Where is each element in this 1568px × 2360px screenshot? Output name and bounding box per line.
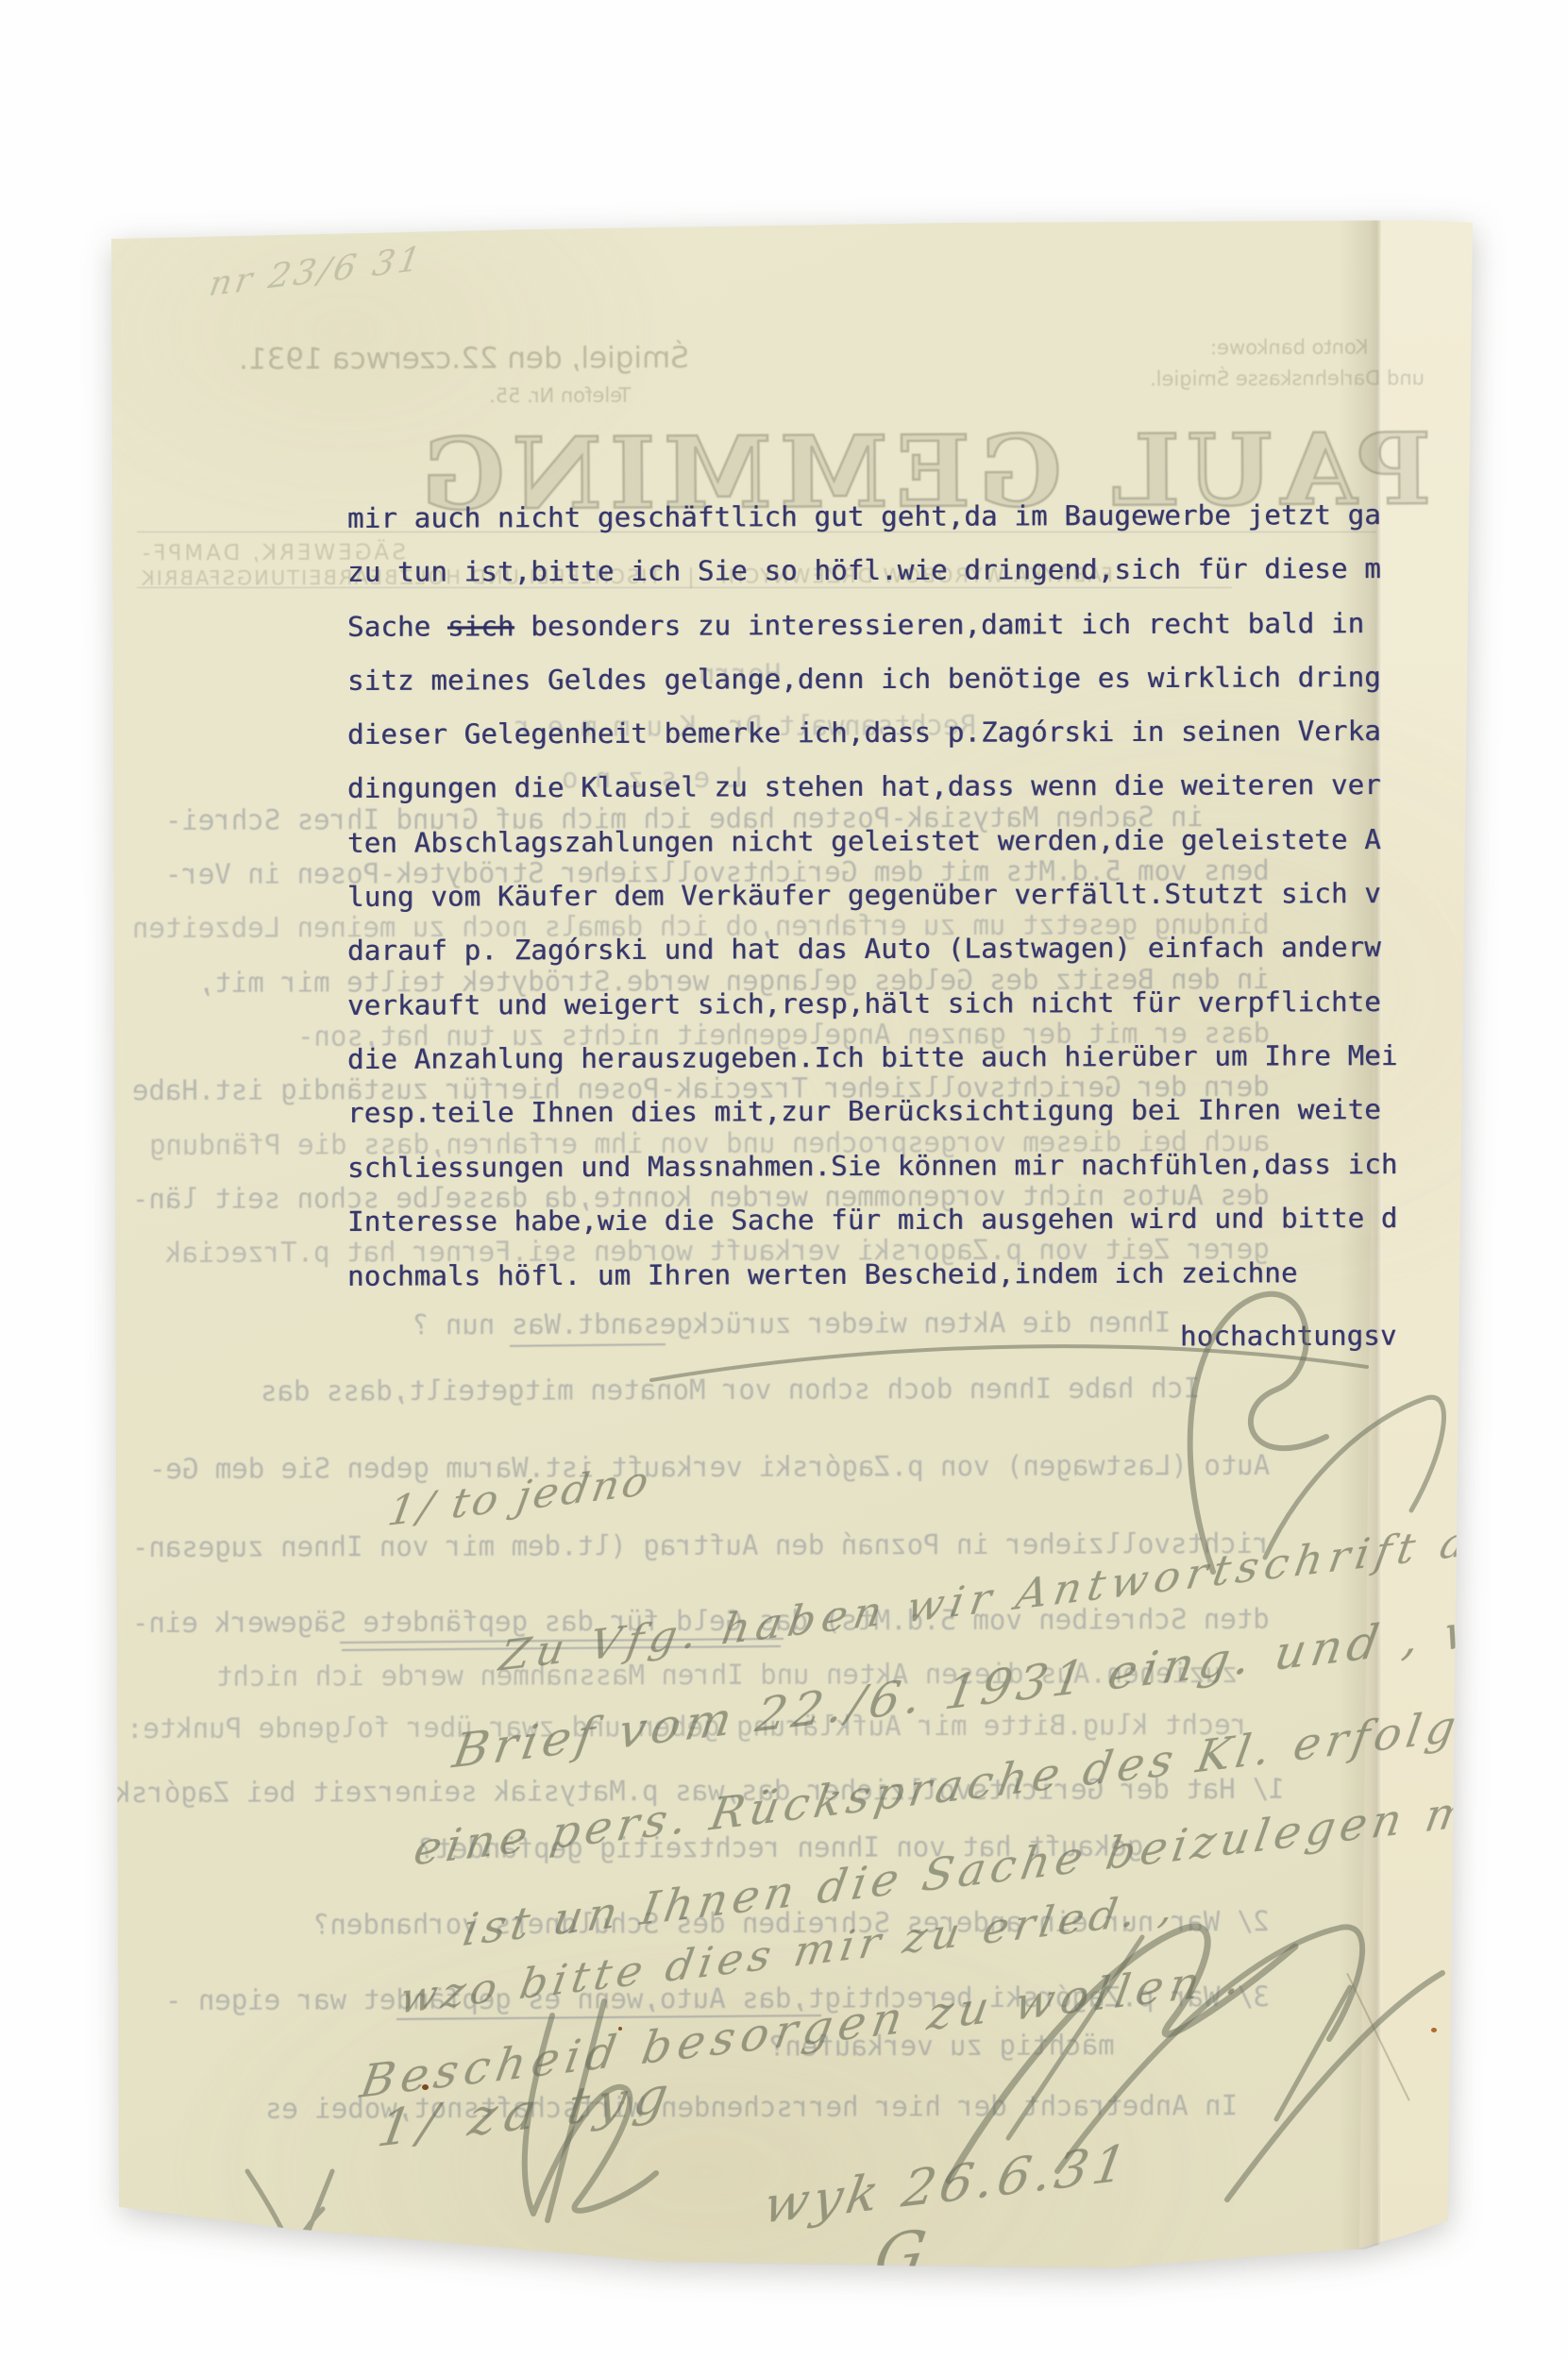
ghost-line: Ich habe Ihnen doch schon vor Monaten mi… [261,1372,1200,1407]
paper-clip-region: Śmigiel, den 22.czerwca 1931. Telefon Nr… [0,0,1568,2360]
typed-line-3-post: besonders zu interessieren,damit ich rec… [514,607,1365,642]
ghost-bank-line-1: Konto bankowe: [1210,336,1369,360]
typed-line: dingungen die Klausel zu stehen hat,dass… [347,768,1381,804]
typed-line: verkauft und weigert sich,resp,hält sich… [347,986,1381,1021]
paper-speck [1507,618,1510,622]
ghost-phone-line: Telefon Nr. 55. [489,384,631,408]
typed-line: sitz meines Geldes gelange,denn ich benö… [347,661,1381,697]
letterhead-rule-bottom [137,587,1232,588]
pencil-initial: G [869,2217,934,2293]
typed-line: ten Abschlagszahlungen nicht geleistet w… [347,823,1381,859]
typed-line: zu tun ist,bitte ich Sie so höfl.wie dri… [347,552,1381,588]
typed-line: schliessungen und Massnahmen.Sie können … [347,1148,1398,1184]
ghost-line: Auto (Lastwagen) von p.Zagórski verkauft… [149,1449,1270,1485]
typed-line: lung vom Käufer dem Verkäufer gegenüber … [347,877,1381,913]
paper-speck [1431,2028,1437,2032]
ghost-line: richtsvollzieher in Poznań den Auftrag (… [132,1527,1270,1563]
typed-word-struck: sich [447,610,514,642]
ghost-line: Ihnen die Akten wieder zurückgesandt.Was… [413,1306,1171,1341]
paper-speck [618,2027,622,2031]
paper-speck [422,2084,429,2090]
ghost-date-line: Śmigiel, den 22.czerwca 1931. [239,341,689,377]
letter-photo: Śmigiel, den 22.czerwca 1931. Telefon Nr… [0,0,1568,2360]
typed-line: Sache sich besonders zu interessieren,da… [347,607,1364,643]
ghost-bank-line-2: und Darlehnskasse Śmigiel. [1150,366,1425,390]
typed-closing-line: hochachtungsv [1180,1320,1397,1353]
typed-line: darauf p. Zagórski und hat das Auto (Las… [347,931,1381,967]
typed-line: mir auch nicht geschäftlich gut geht,da … [347,498,1381,534]
photo-backdrop: Śmigiel, den 22.czerwca 1931. Telefon Nr… [0,0,1568,2360]
typed-line: dieser Gelegenheit bemerke ich,dass p.Za… [347,715,1381,750]
typed-line-3-pre: Sache [347,611,447,643]
typed-line: nochmals höfl. um Ihren werten Bescheid,… [347,1256,1298,1292]
typed-line: die Anzahlung herauszugeben.Ich bitte au… [347,1039,1398,1075]
typed-line: Interesse habe,wie die Sache für mich au… [347,1202,1398,1238]
typed-line: resp.teile Ihnen dies mit,zur Berücksich… [347,1093,1381,1129]
